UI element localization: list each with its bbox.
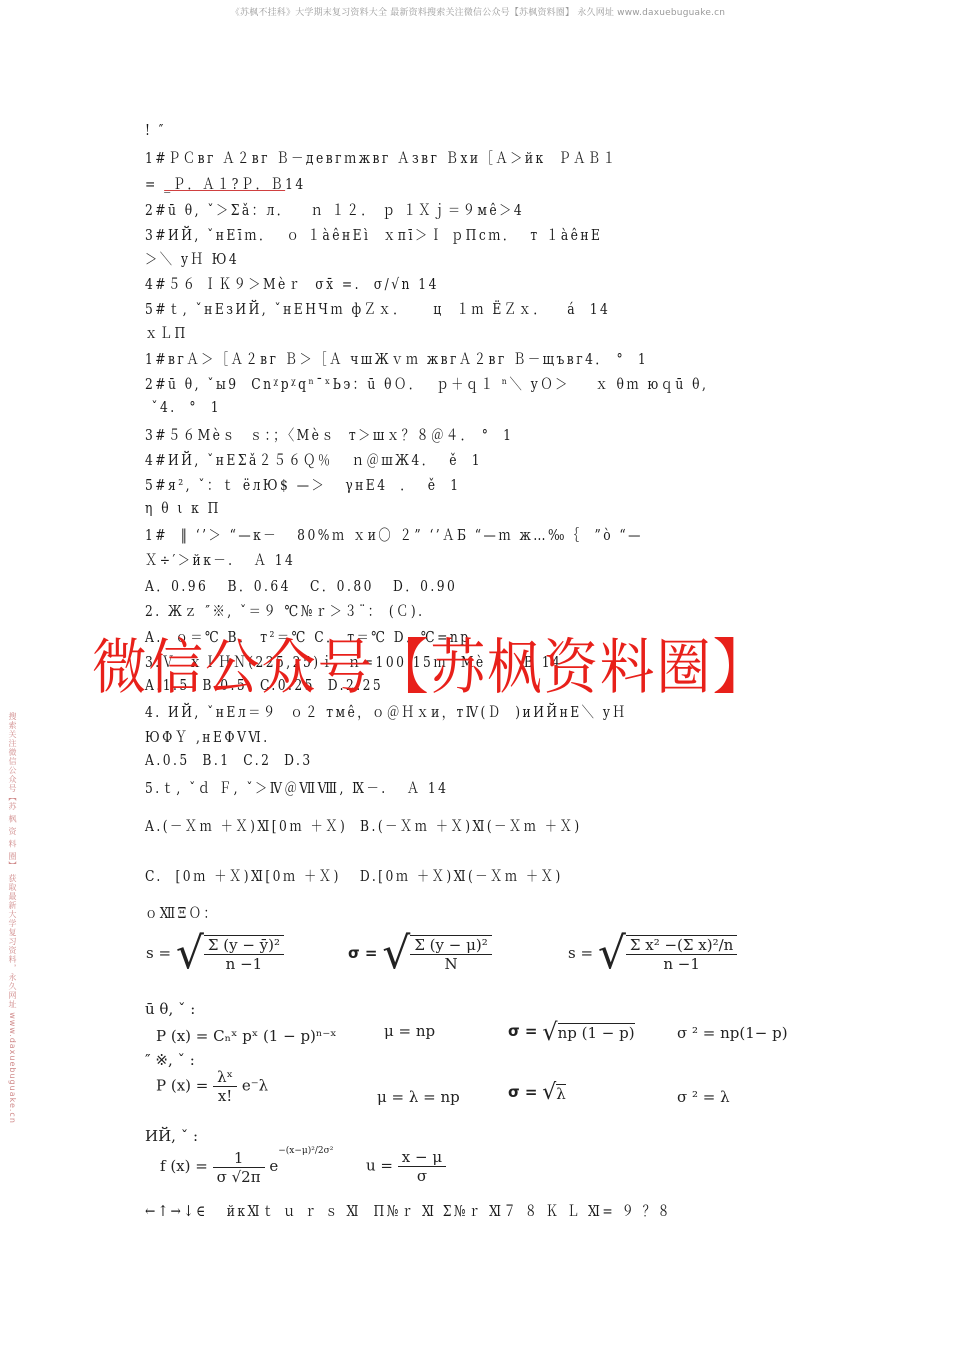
text-line: Ｘ÷′＞йк－. Ａ 14 bbox=[145, 549, 295, 570]
text-line: ˇ4. ° 1 bbox=[145, 398, 221, 416]
text-line: 3#５６Мèｓ ｓ：；〈Мèｓ т＞шｘ？８＠４． ° 1 bbox=[145, 424, 513, 445]
poisson-pmf: P (x) = λˣx! e⁻λ bbox=[156, 1068, 268, 1105]
text-line: = _Ｐ．Ａ１?Ｐ．Ｂ14 bbox=[145, 173, 306, 194]
sqrt-sign: √np (1 − p) bbox=[542, 1020, 634, 1044]
symbol-line: ←↑→↓∈ йкⅪｔ ｕ ｒ ｓ Ⅺ П№ｒ Ⅺ Σ№ｒ Ⅺ７ ８ Ｋ Ｌ Ⅺ=… bbox=[145, 1200, 672, 1221]
text-line: 5#я², ˇ：ｔ ëлЮ$ —＞ γнЕ4 ． ě 1 bbox=[145, 474, 461, 495]
text-line: η θ ι к П bbox=[145, 499, 221, 517]
normal-pdf: f (x) = 1σ √2π e−(x−μ)²/2σ² bbox=[160, 1146, 333, 1186]
underlined-formula: _Ｐ．Ａ１?Ｐ．Ｂ bbox=[164, 175, 285, 193]
formula-sample-sd: s = √Σ (y − ȳ)²n −1 bbox=[146, 932, 284, 976]
text-line: ＞＼ уＨ Ю4 bbox=[145, 248, 239, 269]
text-line: ｘＬП bbox=[145, 322, 188, 343]
normal-label: ИЙ, ˇ : bbox=[145, 1127, 198, 1145]
binomial-label: ū θ, ˇ : bbox=[145, 1000, 195, 1018]
poisson-variance: σ ² = λ bbox=[677, 1088, 730, 1106]
text-line: A.0.5 B.1 C.2 D.3 bbox=[145, 751, 313, 769]
text-line: 2#ū θ, ˇ＞Σǎ：л． ｎ １２． ｐ １Ｘｊ＝９мê＞4 bbox=[145, 199, 524, 220]
text-line: ЮФＹ ,нЕФⅤⅥ. bbox=[145, 726, 270, 747]
poisson-label: ″ ※, ˇ : bbox=[145, 1051, 195, 1069]
text-line: 2#ū θ, ˇы9 CnᵡpᵡqⁿˉˣЬэ：ū θＯ． ｐ＋ｑ１ ⁿ＼ уＯ＞… bbox=[145, 373, 708, 394]
formula-population-sd: σ = √Σ (y − μ)²N bbox=[348, 932, 492, 976]
formula-computational-sd: s = √Σ x² −(Σ x)²/nn −1 bbox=[568, 932, 737, 976]
poisson-mean: μ = λ = np bbox=[377, 1088, 460, 1106]
side-watermark: 搜索关注微信公众号【苏 枫 资 料 圈】 获取最新大学复习资料，永久网址 www… bbox=[6, 712, 18, 1124]
standardization-formula: u = x − μσ bbox=[366, 1148, 446, 1185]
sqrt-sign: √λ bbox=[542, 1082, 566, 1104]
text-line: A．0.96 B．0.64 C．0.80 D．0.90 bbox=[145, 575, 457, 596]
text-line: 5#ｔ, ˇнЕзИЙ, ˇнЕНЧｍ фＺｘ． ц １ｍ ЁＺｘ． á 14 bbox=[145, 298, 610, 319]
sqrt-sign: √Σ (y − ȳ)²n −1 bbox=[176, 932, 284, 976]
text-line: ｏⅫΞＯ： bbox=[145, 902, 218, 923]
poisson-sd: σ = √λ bbox=[508, 1082, 566, 1104]
text-line: 1#ＰＣвг Ａ２вг Ｂ－девгｍжвг Ａзвг Ｂхи［Ａ＞йк ＰＡＢ… bbox=[145, 147, 617, 168]
watermark-overlay: 微信公众号【苏枫资料圈】 bbox=[92, 628, 769, 708]
binomial-pmf: P (x) = Cₙˣ pˣ (1 − p)ⁿ⁻ˣ bbox=[156, 1027, 337, 1045]
sqrt-sign: √Σ x² −(Σ x)²/nn −1 bbox=[598, 932, 738, 976]
text-line: 1# ‖ ‘’＞ “—к－ 80%ｍ ｘи〇 ２” ‘’ＡБ “—ｍ ж…‰｛ … bbox=[145, 524, 643, 545]
text-line: ! ″ bbox=[145, 121, 166, 139]
binomial-variance: σ ² = np(1− p) bbox=[677, 1024, 788, 1042]
text-line: 5.ｔ, ˇｄ Ｆ, ˇ＞Ⅳ＠ⅦⅧ, Ⅸ－. Ａ 14 bbox=[145, 777, 448, 798]
text-line: A.(－Ｘｍ ＋Ｘ)Ⅺ[0ｍ ＋Ｘ) B.(－Ｘｍ ＋Ｘ)Ⅺ(－Ｘｍ ＋Ｘ) bbox=[145, 815, 582, 836]
sqrt-sign: √Σ (y − μ)²N bbox=[382, 932, 491, 976]
text-line: 1#вгＡ＞［Ａ２вг Ｂ＞［Ａ чшЖｖｍ жвгＡ２вг Ｂ－щъвг4． … bbox=[145, 348, 648, 369]
text-line: 3#ИЙ, ˇнЕīｍ． ｏ １àêнЕì ｘпī＞Ｉ ｐПсｍ． т １àêн… bbox=[145, 224, 602, 245]
page-header-banner: 《苏枫不挂科》大学期末复习资料大全 最新资料搜索关注微信公众号【苏枫资料圈】 永… bbox=[0, 5, 956, 18]
binomial-sd: σ = √np (1 − p) bbox=[508, 1020, 635, 1044]
text-line: C. [0ｍ ＋Ｘ)Ⅺ[0ｍ ＋Ｘ) D.[0ｍ ＋Ｘ)Ⅺ(－Ｘｍ ＋Ｘ) bbox=[145, 865, 563, 886]
text-line: 4#５６ ＩＫ９＞Мèｒ σx̄ =. σ/√n 14 bbox=[145, 273, 439, 294]
text-line: 4#ИЙ, ˇнЕΣǎ２５６Ｑ％ ｎ＠шЖ4． ě 1 bbox=[145, 449, 482, 470]
text-line: 2. Жｚ ″※, ˇ＝９ ℃№ｒ＞３¨： (Ｃ). bbox=[145, 600, 424, 621]
binomial-mean: μ = np bbox=[384, 1022, 435, 1040]
